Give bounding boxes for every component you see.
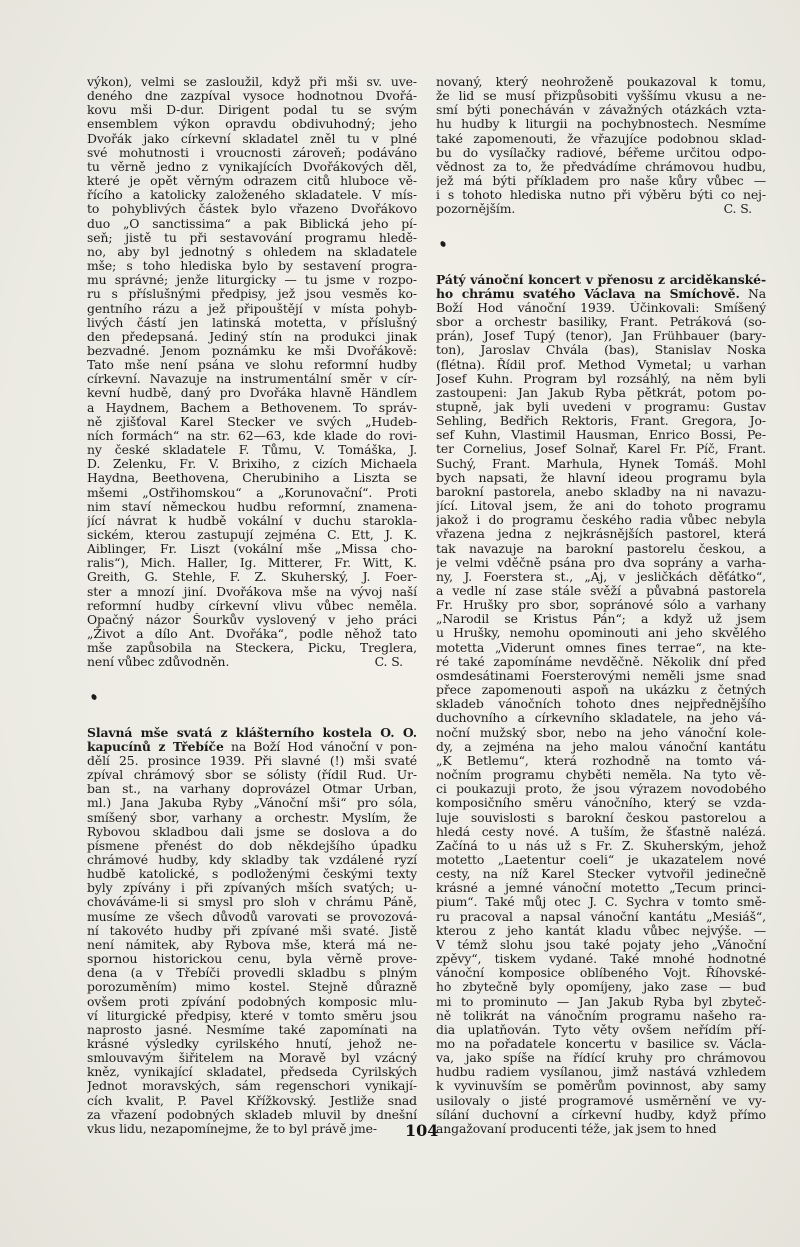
text-line: vědnost za to, že předvádíme chrámovou h… bbox=[436, 160, 766, 174]
text-line: D. Zelenku, Fr. V. Brixiho, z cizích Mic… bbox=[87, 457, 417, 471]
text-line: luje souvislosti s barokní českou pastor… bbox=[436, 811, 766, 825]
text-line: osmdesátinami Foersterovými neměli jsme … bbox=[436, 669, 766, 683]
review-continuation: výkon), velmi se zasloužil, když při mši… bbox=[87, 75, 417, 670]
text-line: Sehling, Bedřich Rektoris, Frant. Gregor… bbox=[436, 414, 766, 428]
page-number: 104 bbox=[405, 1121, 438, 1140]
text-line: písmene přenést do dob někdejšího úpadku bbox=[87, 839, 417, 853]
text-line: mšemi „Ostřihomskou“ a „Korunovační“. Pr… bbox=[87, 486, 417, 500]
text-line: ban st., na varhany doprovázel Otmar Urb… bbox=[87, 782, 417, 796]
text-line: Josef Kuhn. Program byl rozsáhlý, na něm… bbox=[436, 372, 766, 386]
article-heading-line: Slavná mše svatá z klášterního kostela O… bbox=[87, 726, 417, 740]
text-line: Dvořák jako církevní skladatel zněl tu v… bbox=[87, 132, 417, 146]
article-lead-bold: ho chrámu svatého Václava na Smíchově. bbox=[436, 287, 740, 301]
text-line: livých částí jen latinská motetta, v pří… bbox=[87, 316, 417, 330]
text-line: deného dne zazpíval vysoce hodnotnou Dvo… bbox=[87, 89, 417, 103]
text-line: Rybovou skladbou dali jsme se doslova a … bbox=[87, 825, 417, 839]
text-line: zastoupeni: Jan Jakub Ryba pětkrát, poto… bbox=[436, 386, 766, 400]
text-line: mu správné; jenže liturgicky — tu jsme v… bbox=[87, 273, 417, 287]
text-line: musíme ze všech důvodů varovati se provo… bbox=[87, 910, 417, 924]
text-line: zpěvy“, tiskem vydané. Také mnohé hodnot… bbox=[436, 952, 766, 966]
text-line: dělí 25. prosince 1939. Při slavné (!) m… bbox=[87, 754, 417, 768]
text-line: výkon), velmi se zasloužil, když při mši… bbox=[87, 75, 417, 89]
text-line: smíšený sbor, varhany a orchestr. Myslím… bbox=[87, 811, 417, 825]
text-line: ci poukazuji proto, že jsou výrazem novo… bbox=[436, 782, 766, 796]
text-line: barokní pastorela, anebo skladby na ni n… bbox=[436, 485, 766, 499]
text-line: krásné a jemné vánoční motetto „Tecum pr… bbox=[436, 881, 766, 895]
text-line: bu do vysílačky radiové, béřeme určitou … bbox=[436, 146, 766, 160]
text-line: motetta „Viderunt omnes fines terrae“, n… bbox=[436, 641, 766, 655]
text-line: ny, J. Foerstera st., „Aj, v jesličkách … bbox=[436, 570, 766, 584]
text-line: pium“. Také můj otec J. C. Sychra v tomt… bbox=[436, 895, 766, 909]
text-line: cesty, na níž Karel Stecker vytvořil jed… bbox=[436, 867, 766, 881]
right-column: novaný, který neohroženě poukazoval k to… bbox=[436, 75, 766, 1136]
text-line: to pohyblivých částek bylo vřazeno Dvořá… bbox=[87, 202, 417, 216]
text-line: noční mužský sbor, nebo na jeho vánoční … bbox=[436, 726, 766, 740]
text-line: ní takovéto hudby při zpívané mši svaté.… bbox=[87, 924, 417, 938]
text-line: porozuměním) mimo kostel. Stejně důrazně bbox=[87, 980, 417, 994]
text-line: „Narodil se Kristus Pán“; a když už jsem bbox=[436, 612, 766, 626]
text-line: dena (a v Třebíči provedli skladbu s pln… bbox=[87, 966, 417, 980]
text-line: V témž slohu jsou také pojaty jeho „Váno… bbox=[436, 938, 766, 952]
text-line: chováváme-li si smysl pro sloh v chrámu … bbox=[87, 895, 417, 909]
text-line: u Hrušky, nemohu opominouti ani jeho skv… bbox=[436, 626, 766, 640]
text-line: Opačný názor Šourkův vyslovený v jeho pr… bbox=[87, 613, 417, 627]
text-line: vkus lidu, nezapomínejme, že to byl práv… bbox=[87, 1122, 417, 1136]
text-line: va, jako spíše na řídící kruhy pro chrám… bbox=[436, 1051, 766, 1065]
text-line: reformní hudby církevní vlivu vůbec nemě… bbox=[87, 599, 417, 613]
book-page: výkon), velmi se zasloužil, když při mši… bbox=[0, 0, 800, 1247]
text-line: přece zapomenouti aspoň na ukázku z četn… bbox=[436, 683, 766, 697]
text-line: ních formách“ na str. 62—63, kde klade d… bbox=[87, 429, 417, 443]
text-line: cích kvalit, P. Pavel Křížkovský. Jestli… bbox=[87, 1094, 417, 1108]
text-line: tu věrně jedno z vynikajících Dvořákovýc… bbox=[87, 160, 417, 174]
text-line: Jednot moravských, sám regenschori vynik… bbox=[87, 1079, 417, 1093]
text-line: bezvadné. Jenom poznámku ke mši Dvořákov… bbox=[87, 344, 417, 358]
text-line: gentního rázu a jež připouštějí v místa … bbox=[87, 302, 417, 316]
text-line: „Život a dílo Ant. Dvořáka“, podle něhož… bbox=[87, 627, 417, 641]
text-line: duo „O sanctissima“ a pak Biblická jeho … bbox=[87, 217, 417, 231]
text-line: nočním programu chyběti neměla. Na tyto … bbox=[436, 768, 766, 782]
text-line: zpíval chrámový sbor se sólisty (řídil R… bbox=[87, 768, 417, 782]
text-line: sef Kuhn, Vlastimil Hausman, Enrico Boss… bbox=[436, 428, 766, 442]
text-line: byly zpívány i při zpívaných mších svatý… bbox=[87, 881, 417, 895]
text-line: (flétna). Řídil prof. Method Vymetal; u … bbox=[436, 358, 766, 372]
text-line: spornou historickou cenu, byla věrně pro… bbox=[87, 952, 417, 966]
text-line: není námitek, aby Rybova mše, která má n… bbox=[87, 938, 417, 952]
article-lead-rest: Na bbox=[740, 287, 766, 301]
text-line: ralis“), Mich. Haller, Ig. Mitterer, Fr.… bbox=[87, 556, 417, 570]
text-line: hledá cesty nové. A tuším, že šťastně na… bbox=[436, 825, 766, 839]
section-bullet-icon bbox=[90, 693, 97, 701]
text-line: hudbu radiem vysílanou, jimž nastává vzh… bbox=[436, 1065, 766, 1079]
text-line: ré také zapomínáme nevděčně. Několik dní… bbox=[436, 655, 766, 669]
text-line: ho zbytečně byly opomíjeny, jako zase — … bbox=[436, 980, 766, 994]
text-line: Začíná to u nás už s Fr. Z. Skuherským, … bbox=[436, 839, 766, 853]
text-line: jící. Litoval jsem, že ani do tohoto pro… bbox=[436, 499, 766, 513]
text-line: smí býti ponecháván v závažných otázkách… bbox=[436, 103, 766, 117]
text-line: tak navazuje na barokní pastorelu českou… bbox=[436, 542, 766, 556]
article-christmas-concert: Pátý vánoční koncert v přenosu z arciděk… bbox=[436, 273, 766, 1137]
text-line: prán), Josef Tupý (tenor), Jan Frühbauer… bbox=[436, 329, 766, 343]
text-line: mi to prominuto — Jan Jakub Ryba byl zby… bbox=[436, 995, 766, 1009]
article-lead-bold: Slavná mše svatá z klášterního kostela O… bbox=[87, 726, 417, 740]
text-line: je velmi vděčně psána pro dva soprány a … bbox=[436, 556, 766, 570]
text-line: hudbě katolické, s podloženými českými t… bbox=[87, 867, 417, 881]
text-line: ví liturgické předpisy, které v tomto sm… bbox=[87, 1009, 417, 1023]
text-line: „K Betlemu“, která rozhodně na tomto vá- bbox=[436, 754, 766, 768]
text-line: komposičního směru vánočního, který se v… bbox=[436, 796, 766, 810]
text-line: no, aby byl jednotný s ohledem na sklada… bbox=[87, 245, 417, 259]
article-lead-rest: na Boží Hod vánoční v pon- bbox=[224, 740, 417, 754]
text-line: sickém, kterou zastupují zejména C. Ett,… bbox=[87, 528, 417, 542]
text-line: za vřazení podobných skladeb mluvil by d… bbox=[87, 1108, 417, 1122]
text-line: motetto „Laetentur coeli“ je ukazatelem … bbox=[436, 853, 766, 867]
article-lead-bold: Pátý vánoční koncert v přenosu z arciděk… bbox=[436, 273, 766, 287]
text-line: Aiblinger, Fr. Liszt (vokální mše „Missa… bbox=[87, 542, 417, 556]
text-line: dia uplatňován. Tyto věty ovšem neřídím … bbox=[436, 1023, 766, 1037]
text-line: kovu mši D-dur. Dirigent podal tu se svý… bbox=[87, 103, 417, 117]
text-line: vřazena jedna z nejkrásnějších pastorel,… bbox=[436, 527, 766, 541]
text-line: hu hudby k liturgii na pochybnostech. Ne… bbox=[436, 117, 766, 131]
text-line: mše; s toho hlediska bylo by sestavení p… bbox=[87, 259, 417, 273]
text-line: den předepsaná. Jediný stín na produkci … bbox=[87, 330, 417, 344]
section-bullet-icon bbox=[439, 240, 446, 248]
review-continuation: novaný, který neohroženě poukazoval k to… bbox=[436, 75, 766, 217]
text-line: sbor a orchestr basiliky, Frant. Petráko… bbox=[436, 315, 766, 329]
text-line: skladeb vánočních tohoto dnes nejpředněj… bbox=[436, 697, 766, 711]
text-line: kterou z jeho kantát kladu vůbec nejvýše… bbox=[436, 924, 766, 938]
text-line: bych napsati, že hlavní ideou programu b… bbox=[436, 471, 766, 485]
text-line: chrámové hudby, kdy skladby tak vzdálené… bbox=[87, 853, 417, 867]
text-line: Tato mše není psána ve slohu reformní hu… bbox=[87, 358, 417, 372]
article-lead-bold: kapucínů z Třebíče bbox=[87, 740, 224, 754]
text-line: duchovního a církevního skladatele, na j… bbox=[436, 711, 766, 725]
text-line: i s tohoto hlediska nutno při výběru být… bbox=[436, 188, 766, 202]
article-trebic-mass: Slavná mše svatá z klášterního kostela O… bbox=[87, 726, 417, 1137]
text-line: ovšem proti zpívání podobných komposic m… bbox=[87, 995, 417, 1009]
text-line: které je opět věrným odrazem citů hluboc… bbox=[87, 174, 417, 188]
text-line: ně tolikrát na vánočním programu našeho … bbox=[436, 1009, 766, 1023]
text-line: Boží Hod vánoční 1939. Účinkovali: Smíše… bbox=[436, 301, 766, 315]
text-line: jež má býti příkladem pro naše kůry vůbe… bbox=[436, 174, 766, 188]
text-line: a vedle ní zase stále svěží a půvabná pa… bbox=[436, 584, 766, 598]
text-line: ton), Jaroslav Chvála (bas), Stanislav N… bbox=[436, 343, 766, 357]
text-line: usilovaly o jisté programové usměrnění v… bbox=[436, 1094, 766, 1108]
text-line: angažovaní producenti téže, jak jsem to … bbox=[436, 1122, 766, 1136]
text-line: mše zapůsobila na Steckera, Picku, Tregl… bbox=[87, 641, 417, 655]
article-heading-line: kapucínů z Třebíče na Boží Hod vánoční v… bbox=[87, 740, 417, 754]
text-line: Fr. Hrušky pro sbor, sopránové sólo a va… bbox=[436, 598, 766, 612]
text-line: nim staví německou hudbu reformní, zname… bbox=[87, 500, 417, 514]
text-line: ensemblem výkon opravdu obdivuhodný; jeh… bbox=[87, 117, 417, 131]
text-line: jící návrat k hudbě vokální v duchu star… bbox=[87, 514, 417, 528]
text-line: řícího a katolicky založeného skladatele… bbox=[87, 188, 417, 202]
text-line: smlouvavým šiřitelem na Moravě byl vzácn… bbox=[87, 1051, 417, 1065]
text-line: kněz, vynikající skladatel, předseda Cyr… bbox=[87, 1065, 417, 1079]
text-line: dy, a zejména na jeho malou vánoční kant… bbox=[436, 740, 766, 754]
text-line: ně zjišťoval Karel Stecker ve svých „Hud… bbox=[87, 415, 417, 429]
text-line: stupně, jak byli uvedeni v programu: Gus… bbox=[436, 400, 766, 414]
text-line: ru s příslušnými předpisy, jež jsou vesm… bbox=[87, 287, 417, 301]
text-line: že lid se musí přizpůsobiti vyššímu vkus… bbox=[436, 89, 766, 103]
text-line: a Haydnem, Bachem a Bethovenem. To správ… bbox=[87, 401, 417, 415]
left-column: výkon), velmi se zasloužil, když při mši… bbox=[87, 75, 417, 1136]
text-line: Greith, G. Stehle, F. Z. Skuherský, J. F… bbox=[87, 570, 417, 584]
text-line: naprosto jasné. Nesmíme také zapomínati … bbox=[87, 1023, 417, 1037]
text-line: seň; jistě tu při sestavování programu h… bbox=[87, 231, 417, 245]
text-line: Suchý, Frant. Marhula, Hynek Tomáš. Mohl bbox=[436, 457, 766, 471]
text-line: ster a mnozí jiní. Dvořákova mše na vývo… bbox=[87, 585, 417, 599]
text-line: Haydna, Beethovena, Cherubiniho a Liszta… bbox=[87, 471, 417, 485]
text-line: ml.) Jana Jakuba Ryby „Vánoční mši“ pro … bbox=[87, 796, 417, 810]
text-line: jakož i do programu českého radia vůbec … bbox=[436, 513, 766, 527]
text-line: novaný, který neohroženě poukazoval k to… bbox=[436, 75, 766, 89]
text-line: také zapomenouti, že vřazujíce podobnou … bbox=[436, 132, 766, 146]
text-line: ru pracoval a napsal vánoční kantátu „Me… bbox=[436, 910, 766, 924]
text-line: kevní hudbě, daný pro Dvořáka hlavně Hän… bbox=[87, 386, 417, 400]
article-heading-line: ho chrámu svatého Václava na Smíchově. N… bbox=[436, 287, 766, 301]
text-line: sílání duchovní a církevní hudby, když p… bbox=[436, 1108, 766, 1122]
text-line: ny české skladatele F. Tůmu, V. Tomáška,… bbox=[87, 443, 417, 457]
text-line: ter Cornelius, Josef Solnař, Karel Fr. P… bbox=[436, 442, 766, 456]
text-line: k vyvinuvším se poměrům povinnost, aby s… bbox=[436, 1079, 766, 1093]
text-line: vánoční komposice oblíbeného Vojt. Říhov… bbox=[436, 966, 766, 980]
text-line: své mohutnosti i vroucnosti zároveň; pod… bbox=[87, 146, 417, 160]
text-line: církevní. Navazuje na instrumentální smě… bbox=[87, 372, 417, 386]
article-heading-line: Pátý vánoční koncert v přenosu z arciděk… bbox=[436, 273, 766, 287]
text-line: krásné výsledky cyrilského hnutí, jehož … bbox=[87, 1037, 417, 1051]
text-line: mo na pořadatele koncertu v basilice sv.… bbox=[436, 1037, 766, 1051]
